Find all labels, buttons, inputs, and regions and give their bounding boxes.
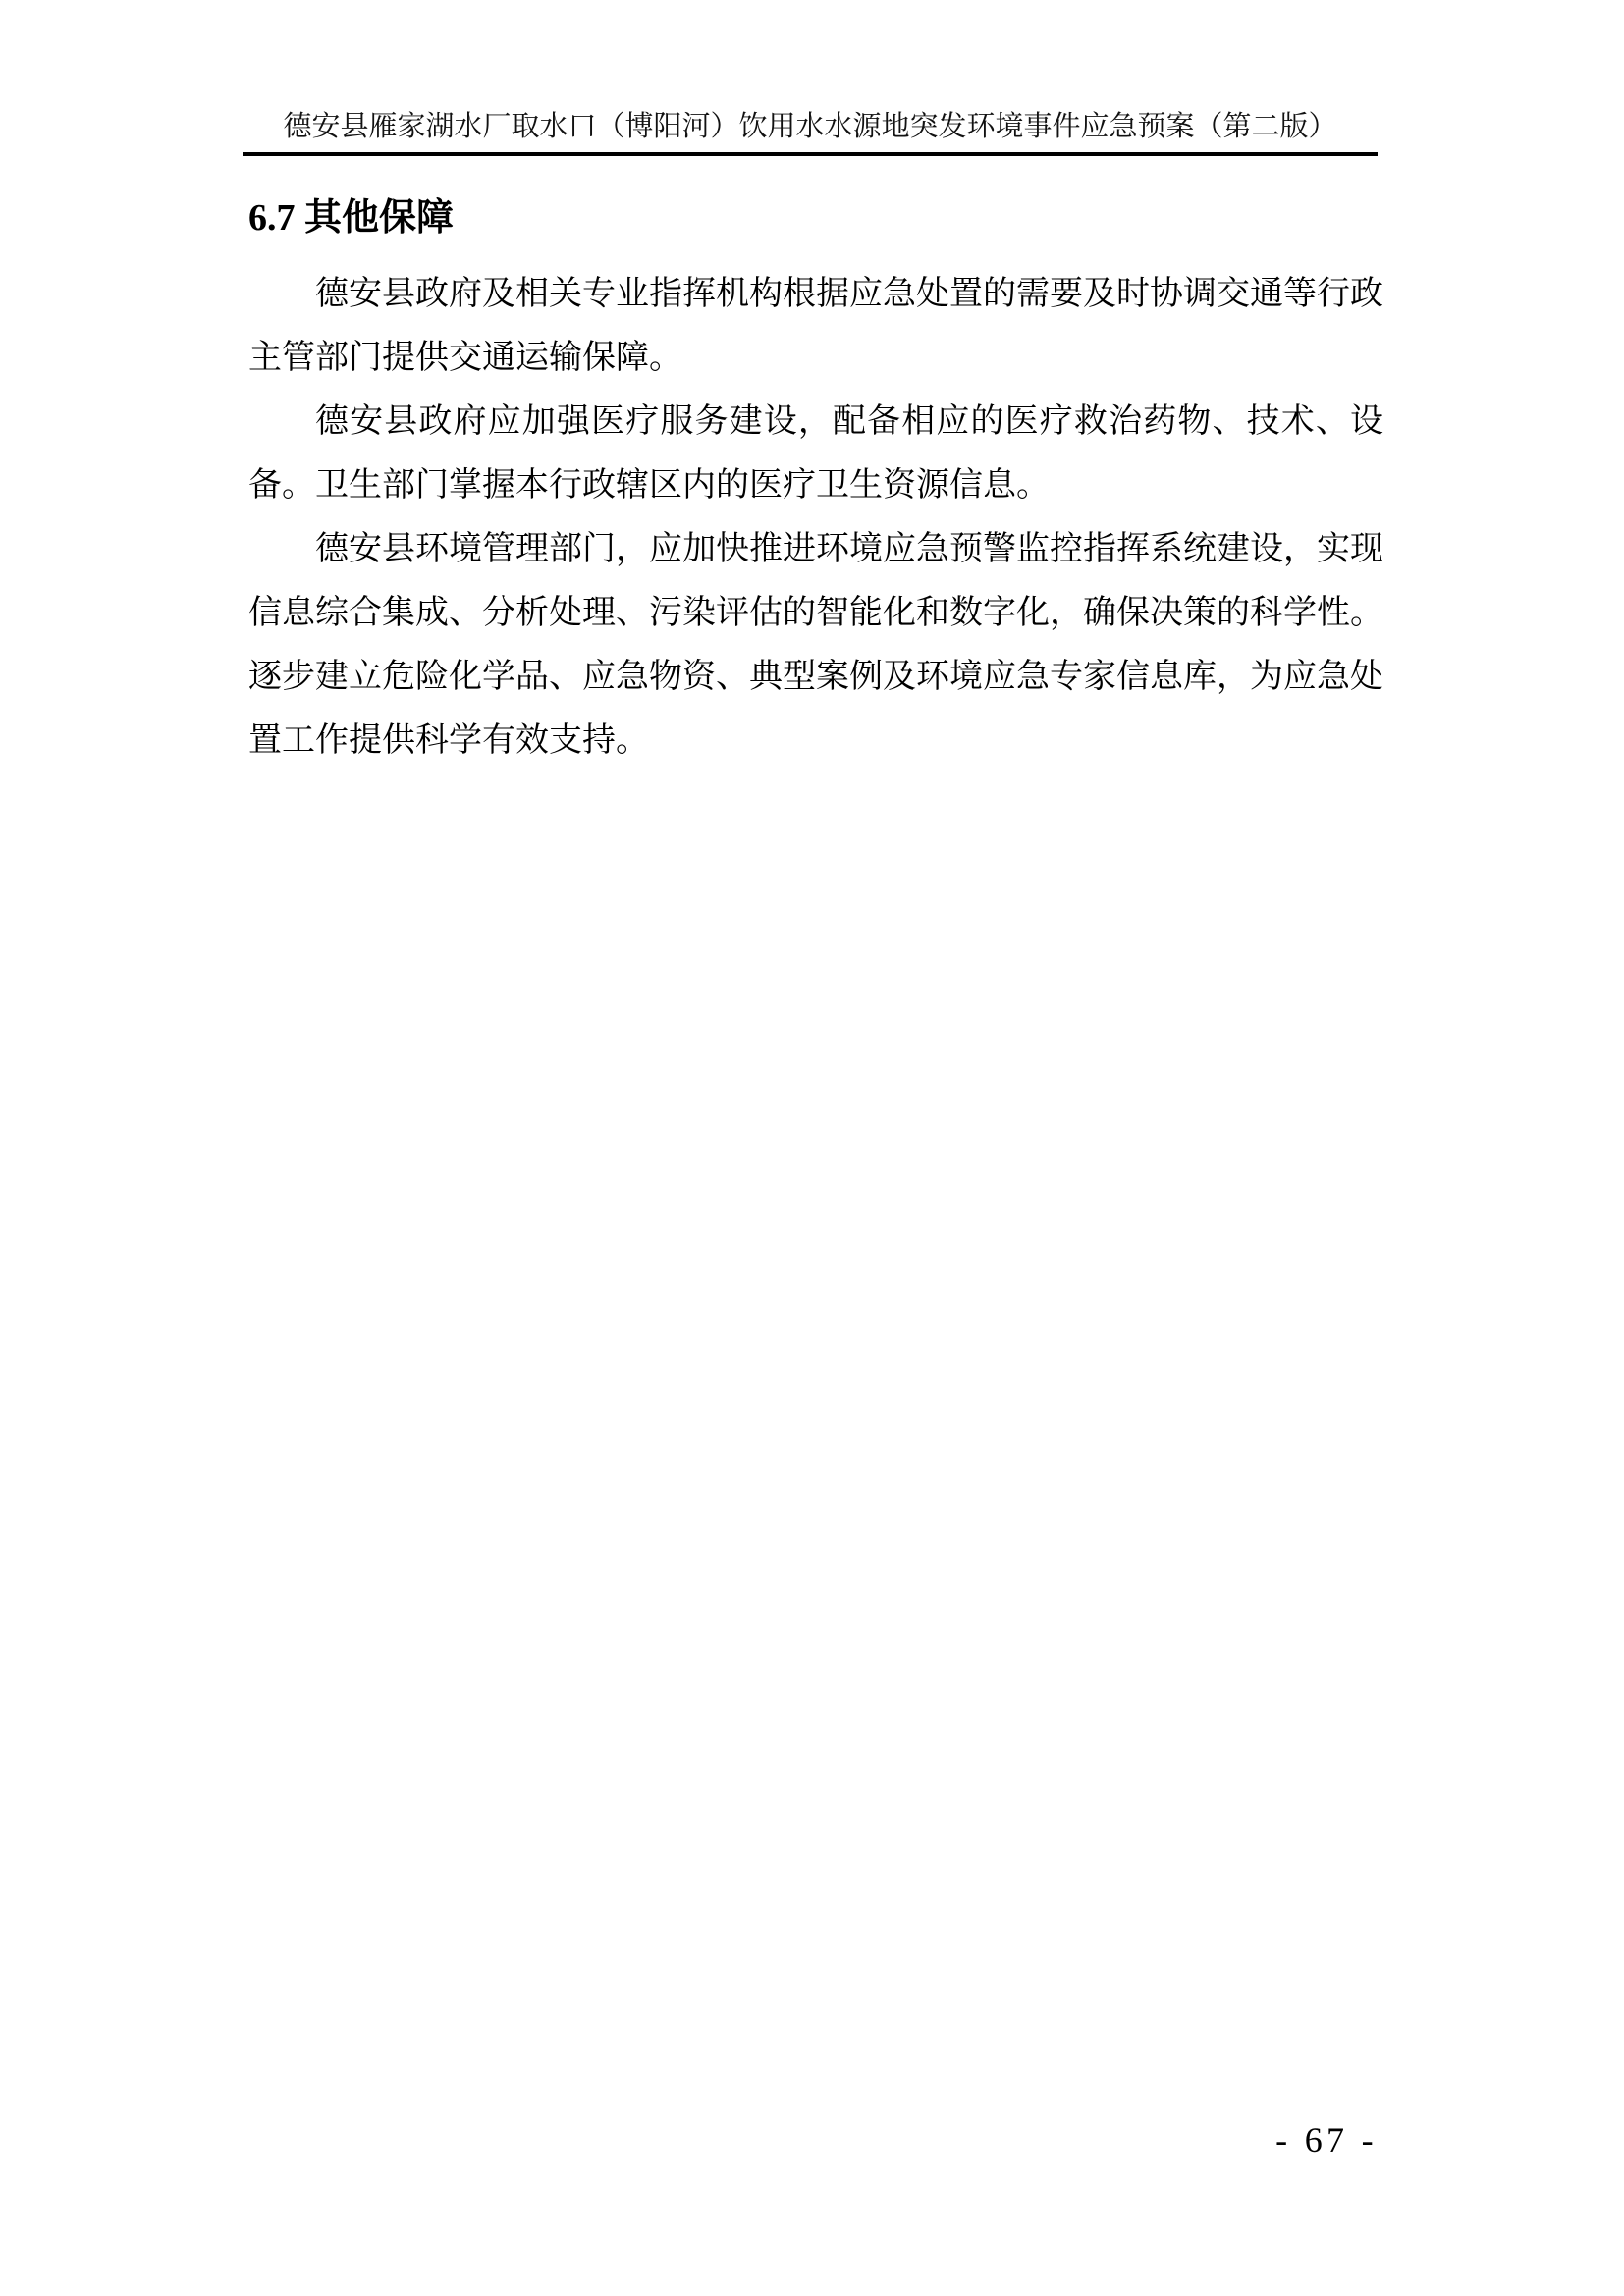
document-page: 德安县雁家湖水厂取水口（博阳河）饮用水水源地突发环境事件应急预案（第二版） 6.… <box>0 0 1624 2296</box>
paragraph-information-support: 德安县环境管理部门，应加快推进环境应急预警监控指挥系统建设，实现信息综合集成、分… <box>248 517 1383 773</box>
page-header-title: 德安县雁家湖水厂取水口（博阳河）饮用水水源地突发环境事件应急预案（第二版） <box>243 108 1378 145</box>
paragraph-medical-support: 德安县政府应加强医疗服务建设，配备相应的医疗救治药物、技术、设备。卫生部门掌握本… <box>248 390 1383 517</box>
paragraph-transport-support: 德安县政府及相关专业指挥机构根据应急处置的需要及时协调交通等行政主管部门提供交通… <box>248 262 1383 390</box>
page-number: - 67 - <box>243 2118 1378 2162</box>
section-heading: 6.7 其他保障 <box>248 195 454 240</box>
body-text: 德安县政府及相关专业指挥机构根据应急处置的需要及时协调交通等行政主管部门提供交通… <box>248 262 1383 773</box>
header-rule <box>243 152 1378 156</box>
